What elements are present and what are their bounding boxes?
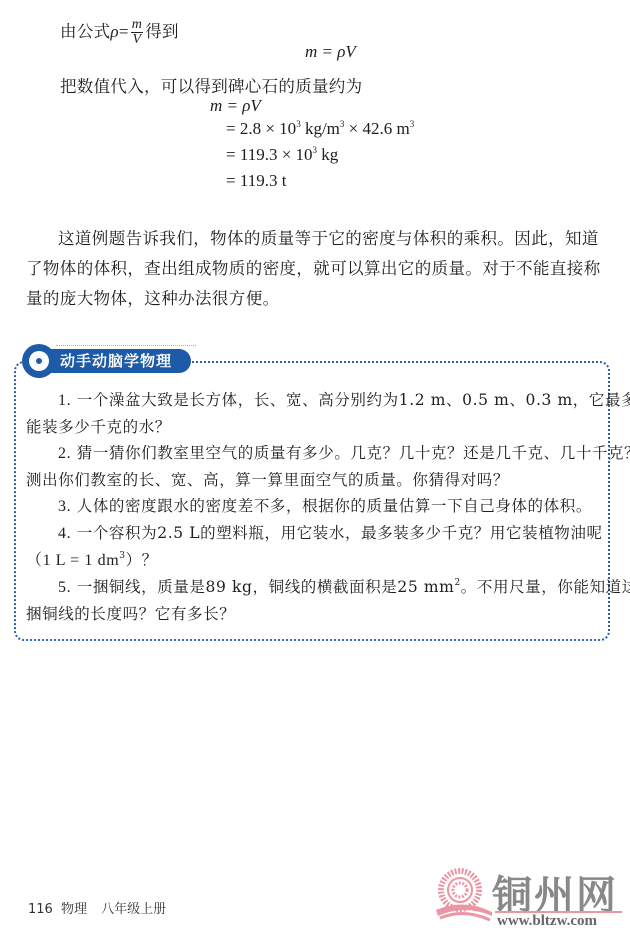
intro-suffix: 得到 <box>145 22 179 41</box>
question-number: 1. <box>58 392 71 409</box>
conclusion-line: 这道例题告诉我们，物体的质量等于它的密度与体积的乘积。因此，知道 <box>26 224 616 254</box>
conclusion-line: 了物体的体积，查出组成物质的密度，就可以算出它的质量。对于不能直接称 <box>26 254 616 284</box>
formula-rearranged: m = ρV <box>305 42 356 62</box>
fraction-denominator: V <box>131 33 143 47</box>
footer-subject: 物理 <box>61 902 87 917</box>
substitute-text: 把数值代入，可以得到碑心石的质量约为 <box>60 73 362 97</box>
question-2: 2. 猜一猜你们教室里空气的质量有多少。几克？几十克？还是几千克、几十千克？ <box>26 440 606 467</box>
fraction-numerator: m <box>131 18 143 33</box>
question-text: （1 L = 1 dm <box>26 552 119 569</box>
question-text: 一个容积为2.5 L的塑料瓶，用它装水，最多装多少千克？用它装植物油呢 <box>77 524 603 542</box>
step-1-part-c: × 42.6 m <box>344 119 409 138</box>
step-2-part-a: = 119.3 × 10 <box>226 145 313 164</box>
rho-symbol: ρ <box>110 22 118 41</box>
fraction-m-over-v: mV <box>131 18 143 47</box>
page-footer: 116 物理 八年级上册 <box>28 898 166 917</box>
question-2-cont: 测出你们教室的长、宽、高，算一算里面空气的质量。你猜得对吗？ <box>26 467 606 493</box>
target-circle-icon <box>22 344 56 378</box>
sup: 3 <box>410 119 415 129</box>
question-text: ）？ <box>126 551 158 569</box>
intro-prefix: 由公式 <box>60 22 110 41</box>
question-1: 1. 一个澡盆大致是长方体，长、宽、高分别约为1.2 m、0.5 m、0.3 m… <box>26 387 606 414</box>
footer-volume: 八年级上册 <box>101 902 166 917</box>
question-5: 5. 一捆铜线，质量是89 kg，铜线的横截面积是25 mm2。不用尺量，你能知… <box>26 574 606 601</box>
step-2: = 119.3 × 103 kg <box>226 145 338 165</box>
formula-m-rho-v: m = ρV <box>305 42 356 61</box>
question-number: 3. <box>58 498 71 515</box>
step-3: = 119.3 t <box>226 171 286 191</box>
question-text: 人体的密度跟水的密度差不多，根据你的质量估算一下自己身体的体积。 <box>77 497 592 515</box>
question-text: 。不用尺量，你能知道这 <box>461 578 630 596</box>
question-number: 5. <box>58 579 71 596</box>
watermark-url: www.bltzw.com <box>497 913 597 930</box>
question-list: 1. 一个澡盆大致是长方体，长、宽、高分别约为1.2 m、0.5 m、0.3 m… <box>26 387 606 627</box>
question-3: 3. 人体的密度跟水的密度差不多，根据你的质量估算一下自己身体的体积。 <box>26 493 606 520</box>
step-1-part-a: = 2.8 × 10 <box>226 119 296 138</box>
page-number: 116 <box>28 902 53 917</box>
question-4: 4. 一个容积为2.5 L的塑料瓶，用它装水，最多装多少千克？用它装植物油呢 <box>26 520 606 547</box>
step-1: = 2.8 × 103 kg/m3 × 42.6 m3 <box>226 119 414 139</box>
activity-box-title: 动手动脑学物理 <box>48 349 191 373</box>
step-0-text: m = ρV <box>210 96 261 115</box>
step-2-part-b: kg <box>317 145 338 164</box>
step-1-part-b: kg/m <box>301 119 340 138</box>
question-4-cont: （1 L = 1 dm3）？ <box>26 547 606 574</box>
equals-sign: = <box>119 22 129 41</box>
formula-intro: 由公式ρ=mV得到 <box>60 18 179 47</box>
watermark-logo-icon <box>434 868 494 918</box>
conclusion-paragraph: 这道例题告诉我们，物体的质量等于它的密度与体积的乘积。因此，知道 了物体的体积，… <box>26 224 616 314</box>
question-number: 2. <box>58 445 71 462</box>
question-text: 猜一猜你们教室里空气的质量有多少。几克？几十克？还是几千克、几十千克？ <box>77 444 630 462</box>
conclusion-line: 量的庞大物体，这种办法很方便。 <box>26 284 616 314</box>
step-0: m = ρV <box>210 96 261 116</box>
question-text: 一个澡盆大致是长方体，长、宽、高分别约为1.2 m、0.5 m、0.3 m，它最… <box>77 391 630 409</box>
question-5-cont: 捆铜线的长度吗？它有多长？ <box>26 601 606 627</box>
question-number: 4. <box>58 525 71 542</box>
question-text: 一捆铜线，质量是89 kg，铜线的横截面积是25 mm <box>77 578 455 596</box>
question-1-cont: 能装多少千克的水？ <box>26 414 606 440</box>
